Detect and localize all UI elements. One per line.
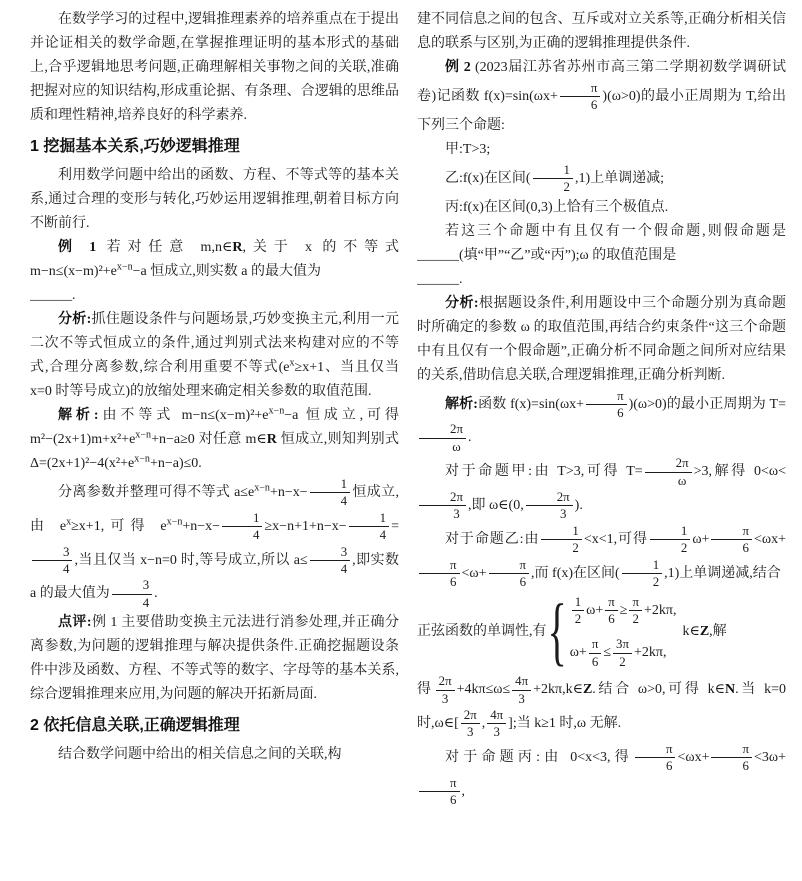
example-1-problem: 例 1 若对任意 m,n∈R,关于 x 的不等式 m−n≤(x−m)²+ex−n… — [30, 236, 399, 284]
example-1-comment: 点评:例 1 主要借助变换主元法进行消参处理,并正确分离参数,为问题的逻辑推理与… — [30, 611, 399, 707]
example-1-solution-part2: 分离参数并整理可得不等式 a≤ex−n+n−x−14恒成立,由 ex≥x+1,可… — [30, 476, 399, 611]
example-2-problem: 例 2 (2023届江苏省苏州市高三第二学期初数学调研试卷)记函数 f(x)=s… — [417, 56, 786, 138]
left-column: 在数学学习的过程中,逻辑推理素养的培养重点在于提出并论证相关的数学命题,在掌握推… — [30, 8, 399, 881]
inequality-2: ω+π6≤3π2+2kπ, — [570, 636, 677, 670]
proposition-yi: 乙:f(x)在区间(12,1)上单调递减; — [417, 162, 786, 196]
section-2-heading: 2 依托信息关联,正确逻辑推理 — [30, 715, 399, 737]
proposition-jia: 甲:T>3; — [417, 138, 786, 162]
example-1-analysis: 分析:抓住题设条件与问题场景,巧妙变换主元,利用一元二次不等式恒成立的条件,通过… — [30, 308, 399, 404]
example-1-solution-part1: 解析:由不等式 m−n≤(x−m)²+ex−n−a 恒成立,可得 m²−(2x+… — [30, 404, 399, 476]
case-yi-system-prefix: 正弦函数的单调性,有 — [417, 620, 547, 644]
case-yi-system-suffix: k∈Z,解 — [682, 620, 726, 644]
case-yi-solution-part2: 得2π3+4kπ≤ω≤4π3+2kπ,k∈Z.结合 ω>0,可得 k∈N.当 k… — [417, 673, 786, 741]
section-1-heading: 1 挖掘基本关系,巧妙逻辑推理 — [30, 136, 399, 158]
example-2-analysis: 分析:根据题设条件,利用题设中三个命题分别为真命题时所确定的参数 ω 的取值范围… — [417, 292, 786, 388]
example-2-solution-intro: 解析:函数 f(x)=sin(ωx+π6)(ω>0)的最小正周期为 T=2πω. — [417, 388, 786, 456]
proposition-bing: 丙:f(x)在区间(0,3)上恰有三个极值点. — [417, 196, 786, 220]
example-1-answer-blank: ______. — [30, 284, 399, 308]
right-column: 建不同信息之间的包含、互斥或对立关系等,正确分析相关信息的联系与区别,为正确的逻… — [417, 8, 786, 881]
case-yi-solution-part1: 对于命题乙:由12<x<1,可得12ω+π6<ωx+π6<ω+π6,而 f(x)… — [417, 523, 786, 591]
case-yi-system: 正弦函数的单调性,有 { 12ω+π6≥π2+2kπ, ω+π6≤3π2+2kπ… — [417, 594, 786, 671]
example-2-question: 若这三个命题中有且仅有一个假命题,则假命题是______(填“甲”“乙”或“丙”… — [417, 220, 786, 268]
example-2-answer-blank: ______. — [417, 268, 786, 292]
article-page: 在数学学习的过程中,逻辑推理素养的培养重点在于提出并论证相关的数学命题,在掌握推… — [0, 0, 802, 881]
cases-brace: { — [548, 594, 567, 670]
case-bing-solution: 对于命题丙:由 0<x<3,得π6<ωx+π6<3ω+π6, — [417, 741, 786, 809]
section-2-intro-continued: 建不同信息之间的包含、互斥或对立关系等,正确分析相关信息的联系与区别,为正确的逻… — [417, 8, 786, 56]
inequality-1: 12ω+π6≥π2+2kπ, — [570, 594, 677, 628]
section-1-intro: 利用数学问题中给出的函数、方程、不等式等的基本关系,通过合理的变形与转化,巧妙运… — [30, 164, 399, 236]
intro-paragraph: 在数学学习的过程中,逻辑推理素养的培养重点在于提出并论证相关的数学命题,在掌握推… — [30, 8, 399, 128]
case-jia-solution: 对于命题甲:由 T>3,可得 T=2πω>3,解得 0<ω<2π3,即 ω∈(0… — [417, 455, 786, 523]
section-2-intro-start: 结合数学问题中给出的相关信息之间的关联,构 — [30, 743, 399, 767]
inequality-system: 12ω+π6≥π2+2kπ, ω+π6≤3π2+2kπ, — [570, 594, 677, 671]
